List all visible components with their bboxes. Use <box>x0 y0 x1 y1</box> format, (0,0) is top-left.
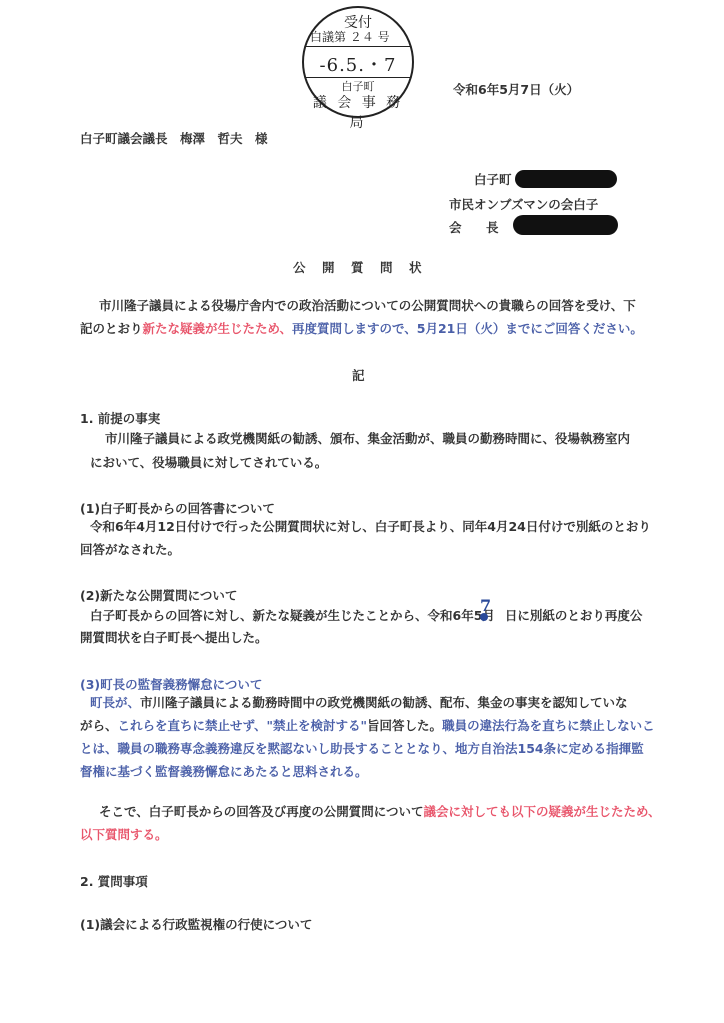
stamp-date: -6.5.・7 <box>304 51 412 77</box>
section-1-heading: 1. 前提の事実 <box>80 409 160 427</box>
stamp-org-office: 議 会 事 務 局 <box>304 92 412 132</box>
sender-title: 会 長 <box>449 218 505 236</box>
sub-1-line-1: 令和6年4月12日付けで行った公開質問状に対し、白子町長より、同年4月24日付け… <box>90 516 651 538</box>
sub-3-line-4: 督権に基づく監督義務懈怠にあたると思料される。 <box>80 761 368 783</box>
document-title: 公 開 質 問 状 <box>293 258 424 276</box>
closing-text: そこで、白子町長からの回答及び再度の公開質問について <box>99 804 424 819</box>
intro-highlight-blue: 再度質問しますので、5月21日（火）までにご回答ください。 <box>292 321 643 336</box>
closing-highlight: 議会に対しても以下の疑義が生じたため、 <box>424 804 661 819</box>
sub-2-line-1: 白子町長からの回答に対し、新たな疑義が生じたことから、令和6年5月日に別紙のとお… <box>90 605 642 627</box>
sub-2-text-a: 白子町長からの回答に対し、新たな疑義が生じたことから、令和6年5月 <box>90 608 495 623</box>
sub-2-heading: (2)新たな公開質問について <box>80 586 237 604</box>
section-1-line-2: において、役場職員に対してされている。 <box>90 452 327 474</box>
sub-3-line-2: がら、これらを直ちに禁止せず、"禁止を検討する"旨回答した。職員の違法行為を直ち… <box>80 715 655 737</box>
stamp-number: 白議第 ２４ 号 <box>310 28 390 45</box>
sub-3-text: 旨回答した。 <box>367 718 442 733</box>
handwritten-day: 7 <box>480 596 491 615</box>
closing-line-1: そこで、白子町長からの回答及び再度の公開質問について議会に対しても以下の疑義が生… <box>99 801 661 823</box>
sub-3-line-3: とは、職員の職務専念義務違反を黙認ないし助長することとなり、地方自治法154条に… <box>80 738 644 760</box>
document-date: 令和6年5月7日（火） <box>453 80 579 98</box>
addressee: 白子町議会議長 梅澤 哲夫 様 <box>80 129 268 147</box>
intro-line-1: 市川隆子議員による役場庁舎内での政治活動についての公開質問状への貴職らの回答を受… <box>99 295 636 317</box>
sub-1-heading: (1)白子町長からの回答書について <box>80 499 275 517</box>
intro-text: 記のとおり <box>80 321 143 336</box>
redacted-name <box>515 170 617 188</box>
redacted-chair-name <box>513 215 618 235</box>
ink-dot <box>480 613 488 621</box>
sender-town: 白子町 <box>474 170 512 188</box>
sub-2-text-b: 日に別紙のとおり再度公 <box>505 608 643 623</box>
sub-1-line-2: 回答がなされた。 <box>80 539 180 561</box>
sub-2-line-2: 開質問状を白子町長へ提出した。 <box>80 627 268 649</box>
ki-marker: 記 <box>352 366 365 384</box>
sub-3-text: 市川隆子議員による勤務時間中の政党機関紙の勧誘、配布、集金の事実を認知していな <box>140 695 628 710</box>
sub-3-highlight: これらを直ちに禁止せず、"禁止を検討する" <box>118 718 368 733</box>
sender-organization: 市民オンブズマンの会白子 <box>449 195 598 213</box>
intro-line-2: 記のとおり新たな疑義が生じたため、再度質問しますので、5月21日（火）までにご回… <box>80 318 643 340</box>
question-item-1: (1)議会による行政監視権の行使について <box>80 915 312 933</box>
sub-3-highlight: 職員の違法行為を直ちに禁止しないこ <box>442 718 655 733</box>
reception-stamp: 受付 白議第 ２４ 号 -6.5.・7 白子町 議 会 事 務 局 <box>302 6 414 118</box>
sub-3-heading: (3)町長の監督義務懈怠について <box>80 675 262 693</box>
section-2-heading: 2. 質問事項 <box>80 872 148 890</box>
section-1-line-1: 市川隆子議員による政党機関紙の勧誘、頒布、集金活動が、職員の勤務時間に、役場執務… <box>105 428 630 450</box>
closing-line-2: 以下質問する。 <box>80 824 168 846</box>
sub-3-line-1: 町長が、市川隆子議員による勤務時間中の政党機関紙の勧誘、配布、集金の事実を認知し… <box>90 692 628 714</box>
sub-3-highlight: 町長が、 <box>90 695 140 710</box>
intro-highlight-red: 新たな疑義が生じたため、 <box>143 321 293 336</box>
sub-3-text: がら、 <box>80 718 118 733</box>
